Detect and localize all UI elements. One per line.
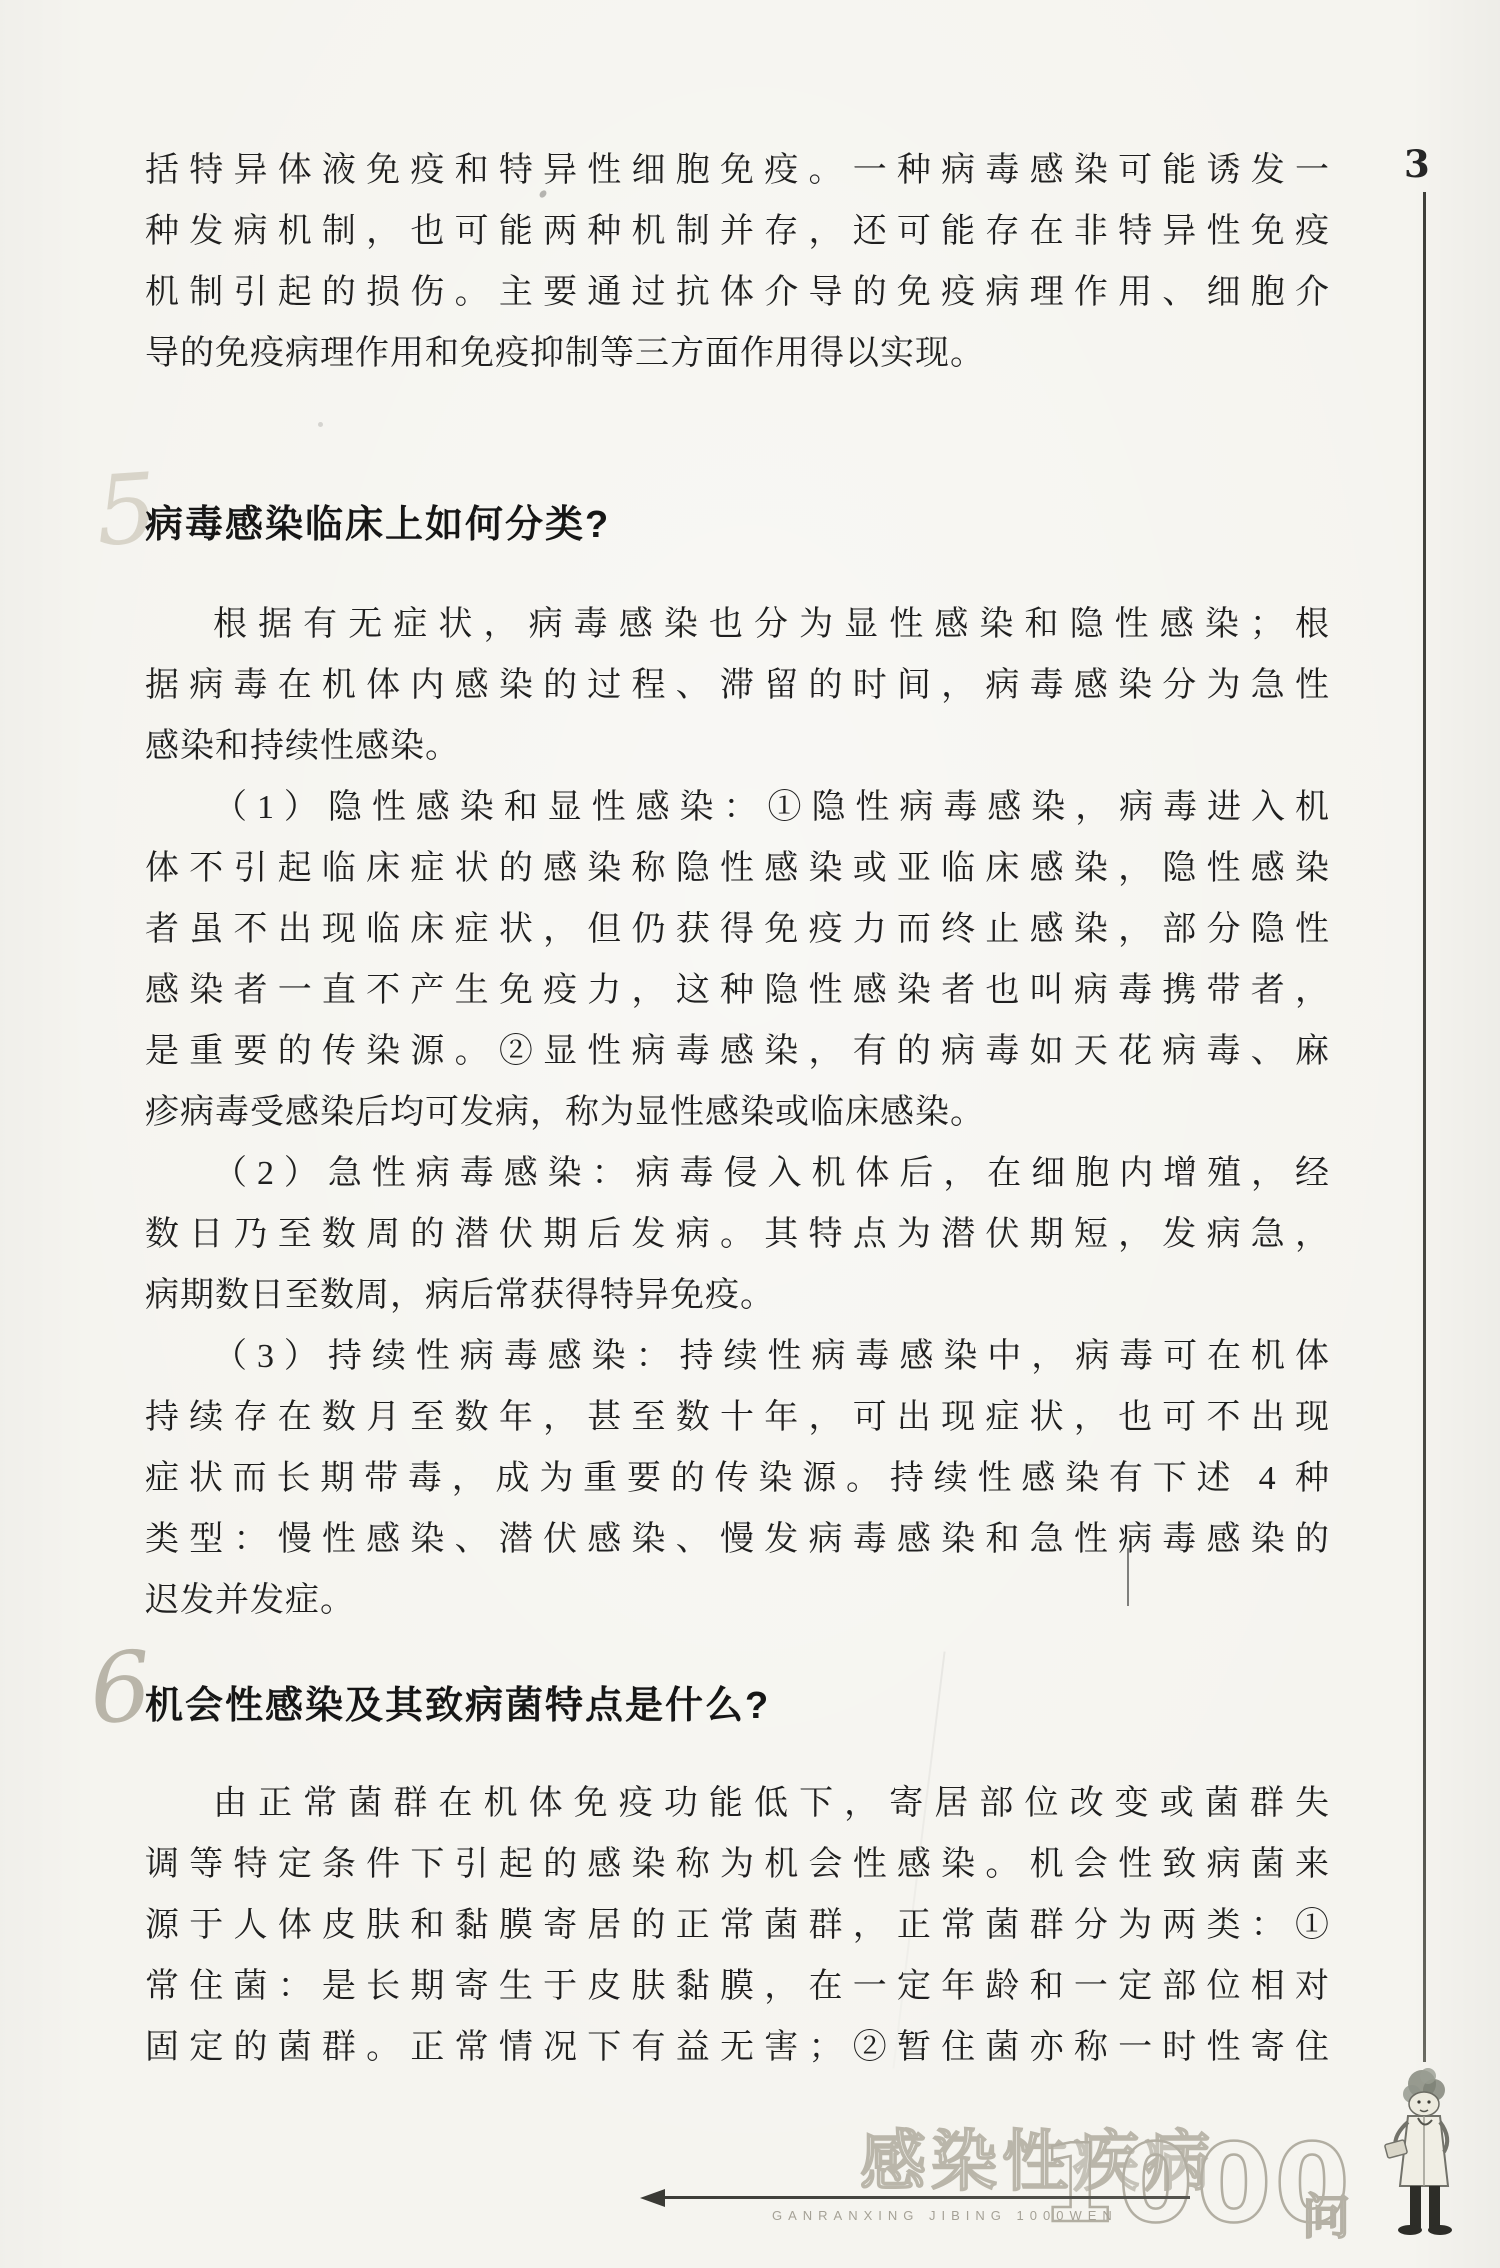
scan-artifact [318, 422, 323, 427]
scan-artifact [1127, 1548, 1129, 1606]
text-line: 感染和持续性感染。 [145, 716, 1330, 777]
question-heading-virus-classification: 病毒感染临床上如何分类? [145, 494, 1330, 556]
text-line: 据病毒在机体内感染的过程、滞留的时间，病毒感染分为急性 [145, 655, 1330, 716]
series-pinyin-text: GANRANXING JIBING 1000WEN [772, 2208, 1118, 2223]
text-line: 症状而长期带毒，成为重要的传染源。持续性感染有下述 4 种 [145, 1448, 1330, 1509]
text-column: 括特异体液免疫和特异性细胞免疫。一种病毒感染可能诱发一 种发病机制，也可能两种机… [145, 140, 1330, 2078]
text-line: 常住菌：是长期寄生于皮肤黏膜，在一定年龄和一定部位相对 [145, 1956, 1330, 2017]
text-line: 由正常菌群在机体免疫功能低下，寄居部位改变或菌群失 [145, 1773, 1330, 1834]
text-line: 疹病毒受感染后均可发病，称为显性感染或临床感染。 [145, 1082, 1330, 1143]
text-line: （3）持续性病毒感染：持续性病毒感染中，病毒可在机体 [145, 1326, 1330, 1387]
paragraph-latent-apparent-infection: （1）隐性感染和显性感染：①隐性病毒感染，病毒进入机 体不引起临床症状的感染称隐… [145, 777, 1330, 1143]
left-arrow-icon [640, 2189, 665, 2207]
paragraph-acute-infection: （2）急性病毒感染：病毒侵入机体后，在细胞内增殖，经 数日乃至数周的潜伏期后发病… [145, 1143, 1330, 1326]
page-number: 3 [1404, 142, 1431, 186]
text-line: 调等特定条件下引起的感染称为机会性感染。机会性致病菌来 [145, 1834, 1330, 1895]
text-line: 类型：慢性感染、潜伏感染、慢发病毒感染和急性病毒感染的 [145, 1509, 1330, 1570]
text-line: 括特异体液免疫和特异性细胞免疫。一种病毒感染可能诱发一 [145, 140, 1330, 201]
paragraph-classification-intro: 根据有无症状，病毒感染也分为显性感染和隐性感染；根 据病毒在机体内感染的过程、滞… [145, 594, 1330, 777]
text-line: 迟发并发症。 [145, 1570, 1330, 1631]
paragraph-persistent-infection: （3）持续性病毒感染：持续性病毒感染中，病毒可在机体 持续存在数月至数年，甚至数… [145, 1326, 1330, 1631]
text-line: 感染者一直不产生免疫力，这种隐性感染者也叫病毒携带者， [145, 960, 1330, 1021]
text-line: 数日乃至数周的潜伏期后发病。其特点为潜伏期短，发病急， [145, 1204, 1330, 1265]
text-line: 导的免疫病理作用和免疫抑制等三方面作用得以实现。 [145, 323, 1330, 384]
text-line: 是重要的传染源。②显性病毒感染，有的病毒如天花病毒、麻 [145, 1021, 1330, 1082]
text-line: 病期数日至数周，病后常获得特异免疫。 [145, 1265, 1330, 1326]
question-heading-opportunistic-infection: 机会性感染及其致病菌特点是什么? [145, 1675, 1330, 1737]
text-line: 固定的菌群。正常情况下有益无害；②暂住菌亦称一时性寄住 [145, 2017, 1330, 2078]
text-line: 种发病机制，也可能两种机制并存，还可能存在非特异性免疫 [145, 201, 1330, 262]
text-line: 体不引起临床症状的感染称隐性感染或亚临床感染，隐性感染 [145, 838, 1330, 899]
text-line: 机制引起的损伤。主要通过抗体介导的免疫病理作用、细胞介 [145, 262, 1330, 323]
paragraph-opportunistic-infection: 由正常菌群在机体免疫功能低下，寄居部位改变或菌群失 调等特定条件下引起的感染称为… [145, 1773, 1330, 2078]
footer-rule-line [662, 2196, 1190, 2199]
text-line: 源于人体皮肤和黏膜寄居的正常菌群，正常菌群分为两类：① [145, 1895, 1330, 1956]
right-margin-rule [1423, 192, 1426, 2062]
book-page: 3 5 6 括特异体液免疫和特异性细胞免疫。一种病毒感染可能诱发一 种发病机制，… [0, 0, 1500, 2268]
text-line: 者虽不出现临床症状，但仍获得免疫力而终止感染，部分隐性 [145, 899, 1330, 960]
text-line: （1）隐性感染和显性感染：①隐性病毒感染，病毒进入机 [145, 777, 1330, 838]
text-line: 根据有无症状，病毒感染也分为显性感染和隐性感染；根 [145, 594, 1330, 655]
series-suffix-ghost-text: 问 [1302, 2178, 1350, 2247]
text-line: （2）急性病毒感染：病毒侵入机体后，在细胞内增殖，经 [145, 1143, 1330, 1204]
text-line: 持续存在数月至数年，甚至数十年，可出现症状，也可不出现 [145, 1387, 1330, 1448]
paragraph-immune-mechanisms: 括特异体液免疫和特异性细胞免疫。一种病毒感染可能诱发一 种发病机制，也可能两种机… [145, 140, 1330, 384]
doctor-mascot-icon [1382, 2058, 1472, 2248]
